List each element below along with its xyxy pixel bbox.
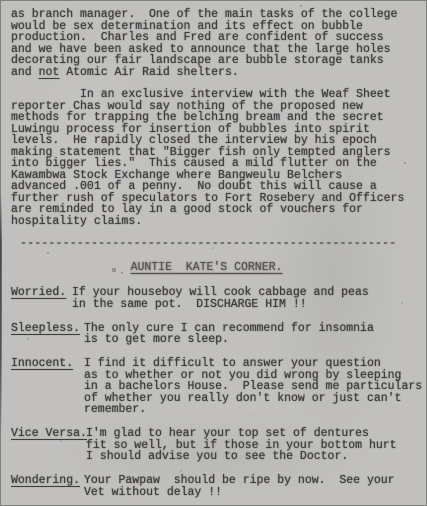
text-line: In an exclusive interview with the Weaf … xyxy=(11,89,404,101)
scan-edge-shadow xyxy=(0,0,2,506)
paragraph-interview: In an exclusive interview with the Weaf … xyxy=(11,89,404,227)
paragraph-lines: as branch manager. One of the main tasks… xyxy=(11,9,397,67)
text-line: is to get more sleep. xyxy=(84,334,422,346)
text-line: into bigger lies." This caused a mild fl… xyxy=(11,158,404,170)
entry-label: Innocent. xyxy=(11,358,73,370)
text-line: as branch manager. One of the main tasks… xyxy=(11,9,397,21)
entry-text: If your houseboy will cook cabbage and p… xyxy=(72,287,422,310)
line-segment: and xyxy=(11,66,39,79)
paragraph-bubble-college: as branch manager. One of the main tasks… xyxy=(11,9,397,78)
text-line: in a bachelors House. Please send me par… xyxy=(84,381,422,393)
text-line: I'm glad to hear your top set of denture… xyxy=(86,428,422,440)
scanned-typewritten-page: as branch manager. One of the main tasks… xyxy=(0,0,427,506)
section-heading-text: AUNTIE KATE'S CORNER. xyxy=(131,261,283,274)
advice-entry: Innocent.I find it difficult to answer y… xyxy=(11,358,422,416)
advice-column-entries: Worried.If your houseboy will cook cabba… xyxy=(11,287,422,506)
text-line: methods for trapping the belching bream … xyxy=(11,112,404,124)
text-line: production. Charles and Fred are confide… xyxy=(11,32,397,44)
entry-text: The only cure I can recommend for insomn… xyxy=(84,323,422,346)
text-line: I should advise you to see the Doctor. xyxy=(86,451,422,463)
text-line: hospitality claims. xyxy=(11,216,404,228)
text-line: Vet without delay !! xyxy=(84,487,422,499)
text-line: levels. He rapidly closed the interview … xyxy=(11,135,404,147)
text-line: remember. xyxy=(84,404,422,416)
advice-entry: Vice Versa.I'm glad to hear your top set… xyxy=(11,428,422,463)
entry-text: I'm glad to hear your top set of denture… xyxy=(86,428,422,463)
entry-text: Your Pawpaw should be ripe by now. See y… xyxy=(84,475,422,498)
dashed-separator: ----------------------------------------… xyxy=(20,238,396,250)
text-line: in the same pot. DISCHARGE HIM !! xyxy=(72,299,422,311)
text-line: I find it difficult to answer your quest… xyxy=(84,358,422,370)
entry-text: I find it difficult to answer your quest… xyxy=(84,358,422,416)
entry-label: Sleepless. xyxy=(11,323,80,335)
text-line: and not Atomic Air Raid shelters. xyxy=(11,67,397,79)
entry-label: Worried. xyxy=(11,287,66,299)
line-segment: Atomic Air Raid shelters. xyxy=(59,66,238,79)
text-line: Your Pawpaw should be ripe by now. See y… xyxy=(84,475,422,487)
advice-entry: Wondering.Your Pawpaw should be ripe by … xyxy=(11,475,422,498)
scan-noise-specks xyxy=(0,0,2,2)
underlined-word: not xyxy=(39,66,60,79)
text-line: If your houseboy will cook cabbage and p… xyxy=(72,287,422,299)
text-line: are reminded to lay in a good stock of v… xyxy=(11,204,404,216)
advice-entry: Worried.If your houseboy will cook cabba… xyxy=(11,287,422,310)
entry-label: Wondering. xyxy=(11,475,80,487)
advice-entry: Sleepless.The only cure I can recommend … xyxy=(11,323,422,346)
section-heading: AUNTIE KATE'S CORNER. xyxy=(0,262,420,274)
text-line: advanced .001 of a penny. No doubt this … xyxy=(11,181,404,193)
entry-label: Vice Versa. xyxy=(11,428,87,440)
